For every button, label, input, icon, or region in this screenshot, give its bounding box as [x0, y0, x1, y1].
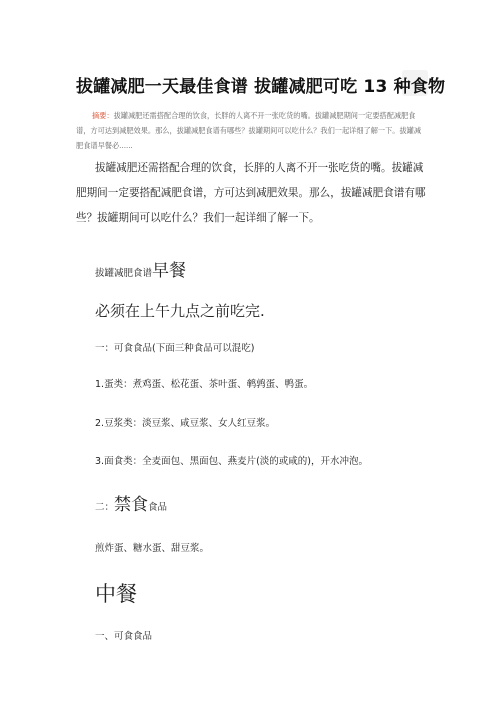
- forbidden-prefix: 二：: [95, 502, 114, 513]
- forbidden-items: 煎炸蛋、糖水蛋、甜豆浆。: [95, 540, 209, 554]
- breakfast-item-2: 2.豆浆类：淡豆浆、咸豆浆、女人红豆浆。: [95, 415, 275, 429]
- summary-label: 摘要：: [92, 111, 114, 120]
- breakfast-rule: 必须在上午九点之前吃完.: [95, 300, 265, 321]
- breakfast-heading: 拔罐减肥食谱早餐: [95, 256, 186, 281]
- article-summary: 摘要：拔罐减肥还需搭配合理的饮食，长胖的人离不开一张吃货的嘴。拔罐减肥期间一定要…: [76, 108, 424, 153]
- breakfast-item-1: 1.蛋类：煮鸡蛋、松花蛋、茶叶蛋、鹌鹑蛋、鸭蛋。: [95, 376, 313, 390]
- lunch-heading: 中餐: [95, 578, 137, 608]
- lunch-allowed-title: 一、可食食品: [95, 628, 152, 642]
- article-title: 拔罐减肥一天最佳食谱 拔罐减肥可吃 13 种食物: [76, 72, 445, 97]
- breakfast-title: 早餐: [152, 261, 186, 281]
- breakfast-allowed-title: 一：可食食品(下面三种食品可以混吃): [95, 340, 254, 354]
- forbidden-suffix: 食品: [148, 502, 167, 513]
- article-intro: 拔罐减肥还需搭配合理的饮食，长胖的人离不开一张吃货的嘴。拔罐减肥期间一定要搭配减…: [76, 156, 428, 231]
- forbidden-title: 禁食: [114, 495, 148, 515]
- breakfast-prefix: 拔罐减肥食谱: [95, 268, 152, 279]
- forbidden-heading: 二：禁食食品: [95, 490, 167, 515]
- summary-text: 拔罐减肥还需搭配合理的饮食，长胖的人离不开一张吃货的嘴。拔罐减肥期间一定要搭配减…: [76, 111, 421, 150]
- breakfast-item-3: 3.面食类：全麦面包、黑面包、燕麦片(淡的或咸的)，开水冲泡。: [95, 453, 368, 467]
